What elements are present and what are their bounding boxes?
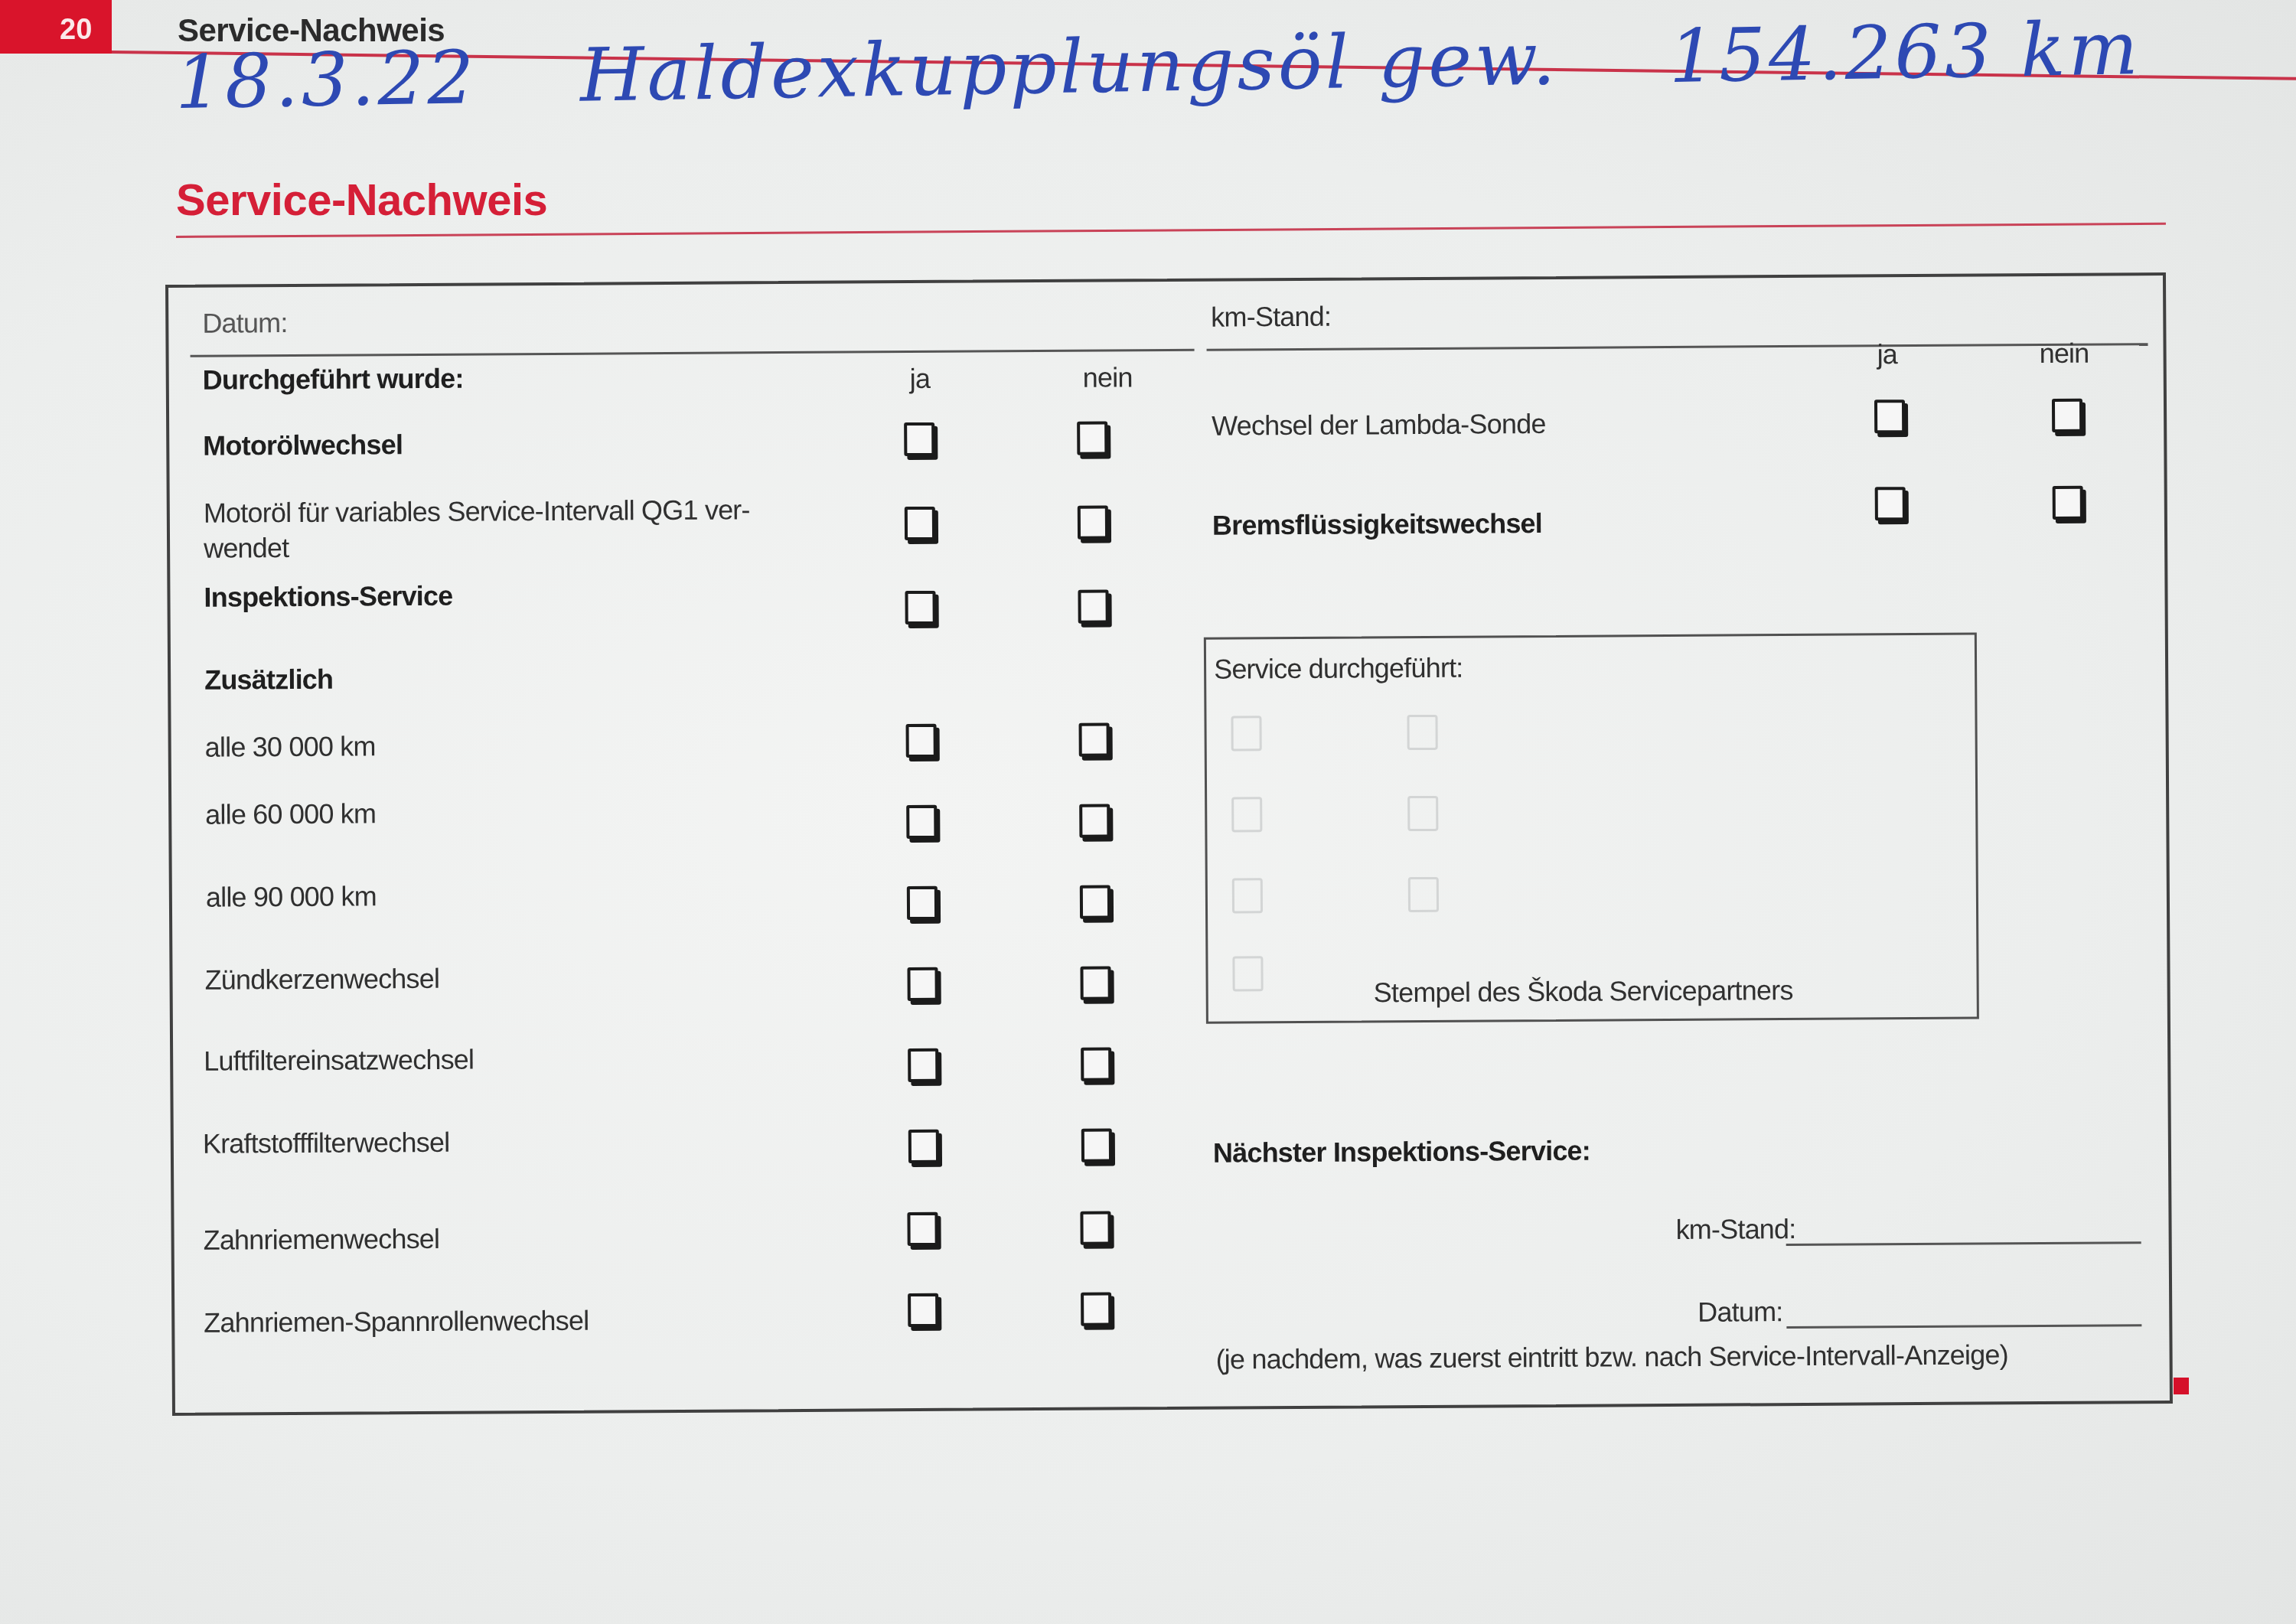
show-through-checkbox	[1231, 716, 1261, 751]
date-field[interactable]	[191, 349, 1195, 357]
col-yes-right: ja	[1877, 338, 1897, 370]
show-through-checkbox	[1408, 877, 1439, 912]
performed-heading: Durchgeführt wurde:	[203, 363, 464, 396]
handwritten-km: 154.263 km	[1668, 5, 2142, 99]
item-motoroelwechsel: Motorölwechsel	[203, 429, 403, 462]
checkbox-90000km-nein[interactable]	[1080, 885, 1110, 918]
checkbox-zahnriemenwechsel-nein[interactable]	[1080, 1211, 1110, 1244]
checkbox-kraftstofffilterwechsel-ja[interactable]	[908, 1130, 939, 1163]
col-no-left: nein	[1083, 361, 1133, 393]
service-stamp-box[interactable]: Service durchgeführt: Stempel des Škoda …	[1204, 633, 1979, 1024]
col-no-right: nein	[2039, 338, 2089, 370]
next-date-label: Datum:	[1698, 1296, 1782, 1329]
show-through-checkbox	[1407, 796, 1438, 831]
checkbox-30000km-ja[interactable]	[906, 724, 937, 758]
checkbox-zuendkerzenwechsel-nein[interactable]	[1080, 966, 1110, 1000]
item-bremsfluessigkeitswechsel: Bremsflüssigkeitswechsel	[1212, 507, 1542, 542]
page-number-tab	[0, 0, 112, 54]
stamp-label: Stempel des Škoda Servicepartners	[1374, 974, 1793, 1009]
checkbox-motoroelwechsel-ja[interactable]	[904, 422, 934, 456]
item-motoroel-qg1-line2: wendet	[204, 532, 289, 565]
checkbox-inspektions-service-ja[interactable]	[905, 591, 935, 624]
checkbox-zuendkerzenwechsel-ja[interactable]	[907, 967, 938, 1001]
item-motoroel-qg1: Motoröl für variables Service-Intervall …	[204, 494, 750, 529]
checkbox-zahnriemen-spannrollenwechsel-ja[interactable]	[908, 1293, 938, 1327]
item-zahnriemen-spannrollenwechsel: Zahnriemen-Spannrollenwechsel	[204, 1305, 589, 1339]
next-km-field[interactable]	[1786, 1241, 2141, 1246]
page-number: 20	[60, 14, 92, 47]
end-of-section-marker	[2174, 1378, 2189, 1394]
service-done-label: Service durchgeführt:	[1214, 652, 1463, 686]
checkbox-motoroel-qg1-ja[interactable]	[905, 507, 935, 540]
next-date-field[interactable]	[1786, 1324, 2141, 1329]
checkbox-motoroel-qg1-nein[interactable]	[1078, 505, 1108, 539]
show-through-checkbox	[1232, 878, 1263, 913]
checkbox-luftfiltereinsatzwechsel-ja[interactable]	[908, 1048, 938, 1082]
section-title: Service-Nachweis	[176, 174, 547, 226]
checkbox-inspektions-service-nein[interactable]	[1078, 589, 1108, 623]
km-field[interactable]	[1207, 343, 2148, 351]
footnote: (je nachdem, was zuerst eintritt bzw. na…	[1215, 1339, 2008, 1375]
next-km-label: km-Stand:	[1675, 1213, 1795, 1246]
checkbox-kraftstofffilterwechsel-nein[interactable]	[1081, 1128, 1112, 1162]
item-luftfiltereinsatzwechsel: Luftfiltereinsatzwechsel	[204, 1044, 474, 1078]
checkbox-luftfiltereinsatzwechsel-nein[interactable]	[1081, 1047, 1111, 1081]
handwritten-note: 18.3.22 Haldexkupplungsöl gew. 154.263 k…	[174, 5, 2141, 126]
checkbox-motoroelwechsel-nein[interactable]	[1077, 421, 1107, 455]
additional-heading: Zusätzlich	[204, 664, 333, 696]
next-inspection-heading: Nächster Inspektions-Service:	[1213, 1135, 1590, 1169]
service-record-form: Datum: km-Stand: Durchgeführt wurde: ja …	[165, 272, 2173, 1416]
date-label: Datum:	[202, 307, 287, 340]
item-inspektions-service: Inspektions-Service	[204, 580, 452, 614]
checkbox-60000km-ja[interactable]	[906, 805, 937, 839]
show-through-checkbox	[1407, 715, 1437, 750]
item-lambda-sonde: Wechsel der Lambda-Sonde	[1212, 408, 1546, 442]
checkbox-zahnriemen-spannrollenwechsel-nein[interactable]	[1081, 1292, 1111, 1326]
handwritten-date: 18.3.22	[174, 34, 478, 126]
checkbox-30000km-nein[interactable]	[1079, 722, 1110, 756]
item-60000km: alle 60 000 km	[205, 797, 376, 830]
handwritten-text: Haldexkupplungsöl gew.	[579, 15, 1559, 118]
km-label: km-Stand:	[1211, 301, 1331, 334]
item-zahnriemenwechsel: Zahnriemenwechsel	[204, 1223, 440, 1257]
col-yes-left: ja	[910, 363, 931, 395]
item-90000km: alle 90 000 km	[206, 880, 377, 913]
show-through-checkbox	[1231, 797, 1262, 832]
checkbox-bremsfluessigkeitswechsel-ja[interactable]	[1875, 487, 1906, 520]
show-through-checkbox	[1232, 956, 1263, 991]
item-zuendkerzenwechsel: Zündkerzenwechsel	[204, 963, 439, 996]
checkbox-lambda-sonde-ja[interactable]	[1874, 399, 1905, 433]
checkbox-zahnriemenwechsel-ja[interactable]	[907, 1212, 938, 1246]
checkbox-lambda-sonde-nein[interactable]	[2052, 399, 2082, 432]
checkbox-60000km-nein[interactable]	[1079, 804, 1110, 837]
checkbox-bremsfluessigkeitswechsel-nein[interactable]	[2053, 486, 2083, 520]
manual-page: 20 Service-Nachweis 18.3.22 Haldexkupplu…	[0, 0, 2296, 1624]
checkbox-90000km-ja[interactable]	[907, 886, 938, 920]
item-kraftstofffilterwechsel: Kraftstofffilterwechsel	[203, 1127, 450, 1160]
item-30000km: alle 30 000 km	[205, 730, 376, 763]
